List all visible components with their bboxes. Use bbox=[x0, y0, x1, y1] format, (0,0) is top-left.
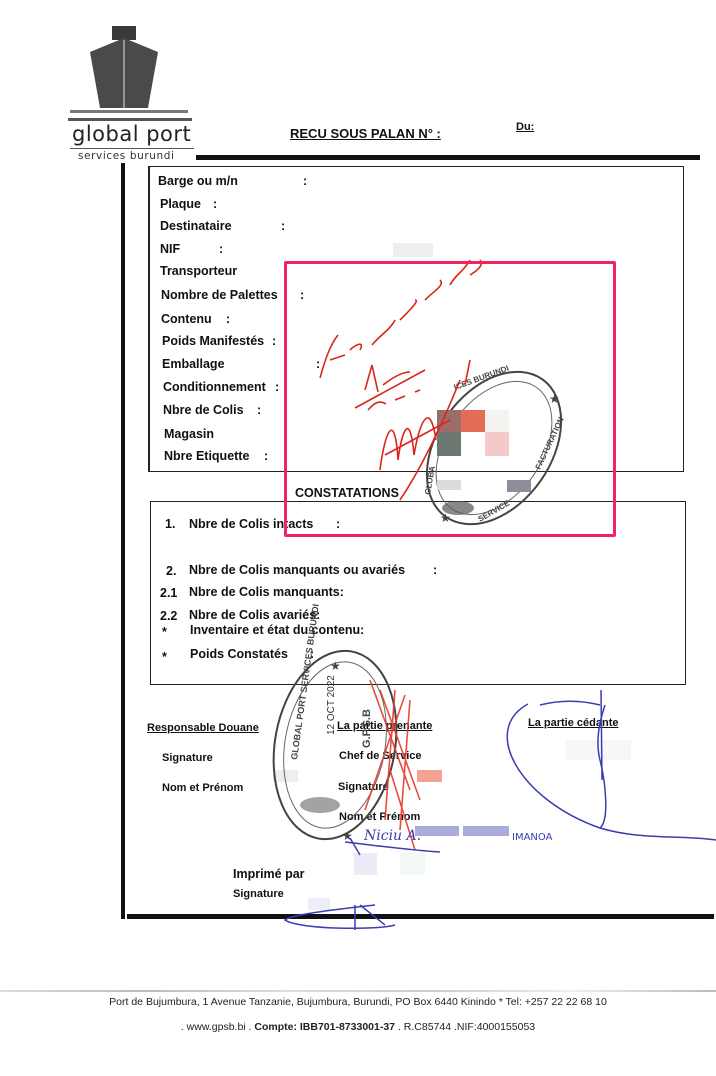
highlight-box bbox=[284, 261, 616, 537]
svg-text:★: ★ bbox=[330, 659, 341, 673]
footer-web: . www.gpsb.bi . bbox=[181, 1021, 255, 1033]
handwritten-name-rest: IMANOA bbox=[512, 832, 553, 843]
handwritten-name: Niciu A. bbox=[363, 828, 421, 844]
footer-contact: . www.gpsb.bi . Compte: IBB701-8733001-3… bbox=[0, 1021, 716, 1033]
stamp-date: 12 OCT 2022 bbox=[326, 675, 337, 735]
handwritten-signature-icon bbox=[285, 690, 716, 930]
annotation-overlay: ICES BURUNDI FACTURATION SERVICE GLOBA ★… bbox=[0, 0, 716, 1076]
footer-divider bbox=[0, 990, 716, 992]
footer-address: Port de Bujumbura, 1 Avenue Tanzanie, Bu… bbox=[0, 996, 716, 1008]
stamp-bottom-text: GLOBAL PORT SERVICES BURUNDI bbox=[289, 603, 321, 760]
stamp-code: G.P.S.B bbox=[361, 709, 373, 748]
footer-registry: . R.C85744 .NIF:4000155053 bbox=[395, 1021, 535, 1033]
footer-account: Compte: IBB701-8733001-37 bbox=[254, 1021, 395, 1033]
